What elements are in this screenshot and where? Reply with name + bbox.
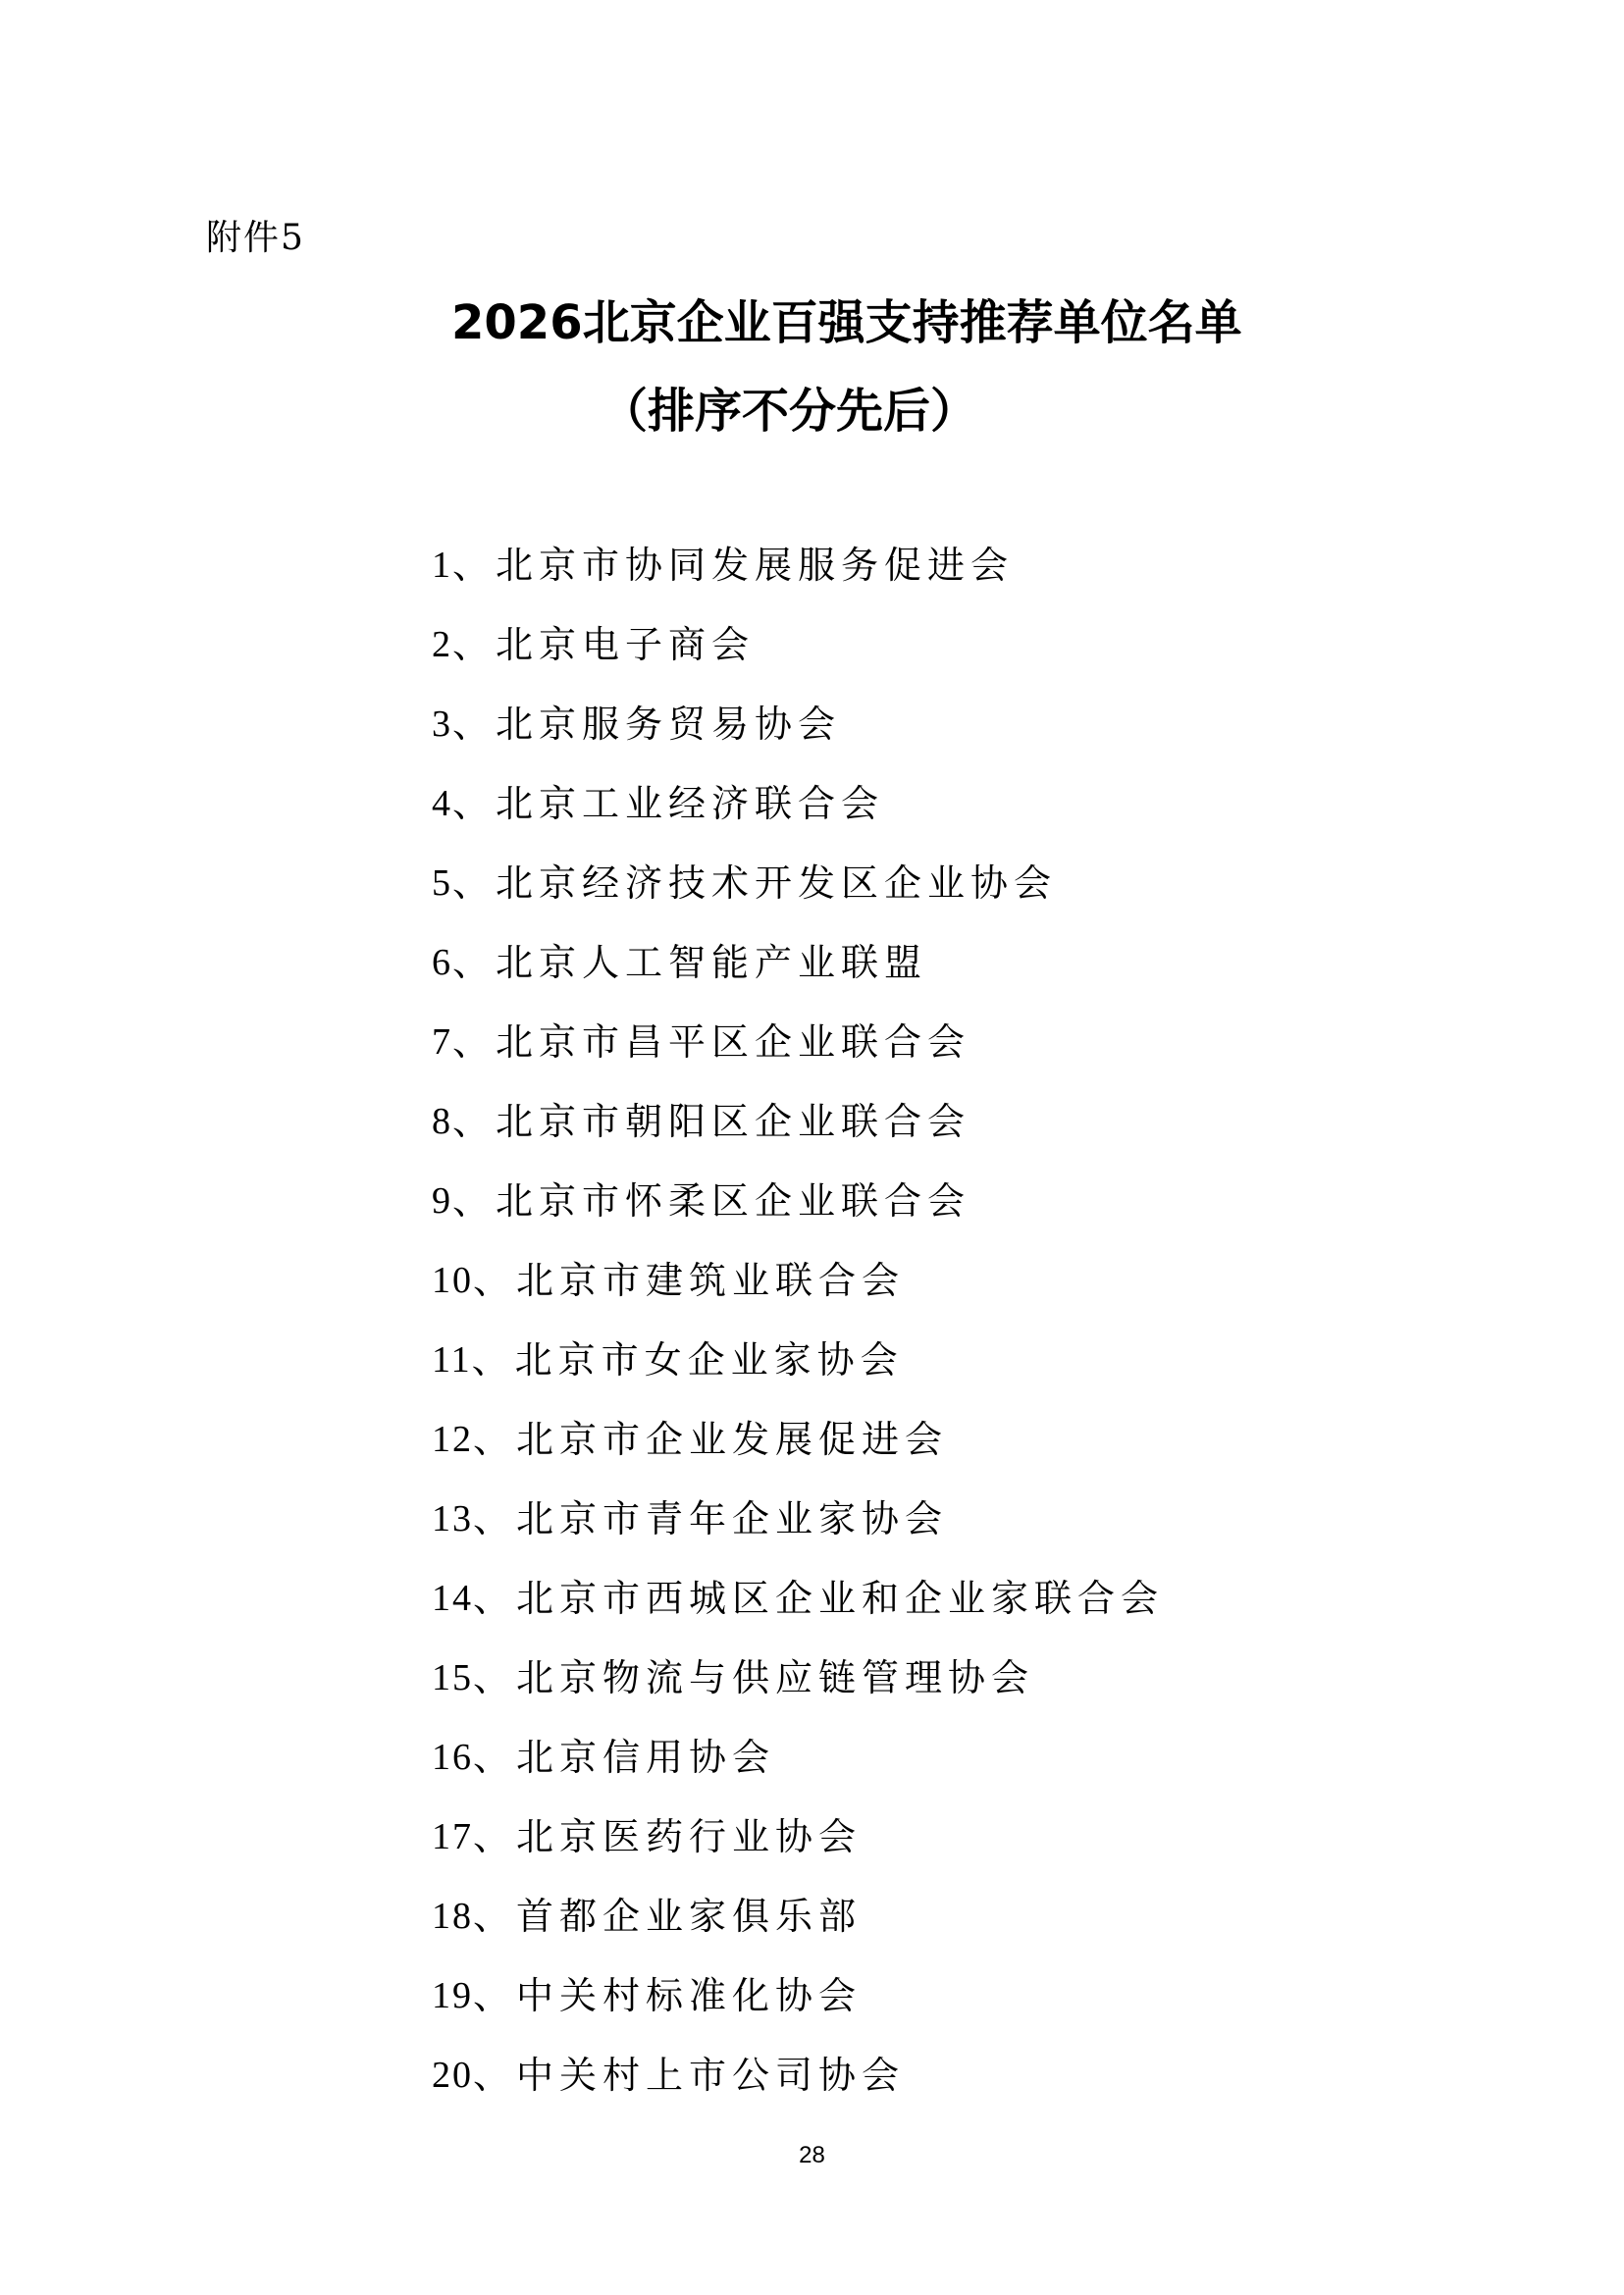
organization-name: 北京市朝阳区企业联合会 xyxy=(496,1103,970,1140)
item-number: 12 xyxy=(432,1421,473,1458)
item-separator: 、 xyxy=(452,547,496,584)
organization-name: 北京市昌平区企业联合会 xyxy=(496,1023,970,1061)
item-number: 9 xyxy=(432,1182,452,1220)
organization-name: 北京服务贸易协会 xyxy=(496,705,841,743)
attachment-label: 附件5 xyxy=(206,221,305,256)
organization-name: 北京市青年企业家协会 xyxy=(516,1500,948,1538)
organization-name: 北京人工智能产业联盟 xyxy=(496,944,927,981)
item-number: 6 xyxy=(432,944,452,981)
item-separator: 、 xyxy=(473,1818,516,1855)
item-number: 10 xyxy=(432,1262,473,1299)
item-separator: 、 xyxy=(473,1659,516,1696)
organization-name: 北京医药行业协会 xyxy=(516,1818,862,1855)
item-number: 2 xyxy=(432,626,452,663)
item-separator: 、 xyxy=(452,1182,496,1220)
organization-name: 首都企业家俱乐部 xyxy=(516,1898,862,1935)
item-separator: 、 xyxy=(452,626,496,663)
item-separator: 、 xyxy=(473,1977,516,2014)
item-number: 3 xyxy=(432,705,452,743)
item-separator: 、 xyxy=(452,705,496,743)
item-number: 14 xyxy=(432,1580,473,1617)
item-separator: 、 xyxy=(452,864,496,902)
organization-name: 北京物流与供应链管理协会 xyxy=(516,1659,1034,1696)
list-item: 18、首都企业家俱乐部 xyxy=(432,1876,1164,1956)
list-item: 8、北京市朝阳区企业联合会 xyxy=(432,1081,1164,1161)
page-number: 28 xyxy=(0,2142,1624,2169)
organization-name: 北京经济技术开发区企业协会 xyxy=(496,864,1057,902)
item-separator: 、 xyxy=(473,1421,516,1458)
list-item: 9、北京市怀柔区企业联合会 xyxy=(432,1161,1164,1240)
item-number: 18 xyxy=(432,1898,473,1935)
item-separator: 、 xyxy=(473,2057,516,2094)
list-item: 19、中关村标准化协会 xyxy=(432,1956,1164,2035)
item-separator: 、 xyxy=(473,1898,516,1935)
organization-name: 北京市女企业家协会 xyxy=(515,1341,904,1379)
list-item: 16、北京信用协会 xyxy=(432,1717,1164,1797)
organization-name: 中关村上市公司协会 xyxy=(516,2057,905,2094)
list-item: 4、北京工业经济联合会 xyxy=(432,763,1164,843)
list-item: 2、北京电子商会 xyxy=(432,604,1164,684)
list-item: 12、北京市企业发展促进会 xyxy=(432,1399,1164,1479)
item-separator: 、 xyxy=(473,1739,516,1776)
list-item: 3、北京服务贸易协会 xyxy=(432,684,1164,763)
item-separator: 、 xyxy=(452,1023,496,1061)
item-separator: 、 xyxy=(452,1103,496,1140)
item-number: 4 xyxy=(432,785,452,822)
item-separator: 、 xyxy=(473,1500,516,1538)
item-number: 7 xyxy=(432,1023,452,1061)
list-item: 20、中关村上市公司协会 xyxy=(432,2035,1164,2114)
organization-name: 北京工业经济联合会 xyxy=(496,785,884,822)
item-separator: 、 xyxy=(452,944,496,981)
item-number: 19 xyxy=(432,1977,473,2014)
item-separator: 、 xyxy=(472,1341,515,1379)
organization-list: 1、北京市协同发展服务促进会 2、北京电子商会 3、北京服务贸易协会 4、北京工… xyxy=(432,525,1164,2114)
item-number: 8 xyxy=(432,1103,452,1140)
item-number: 17 xyxy=(432,1818,473,1855)
item-number: 20 xyxy=(432,2057,473,2094)
list-item: 10、北京市建筑业联合会 xyxy=(432,1240,1164,1320)
organization-name: 北京市建筑业联合会 xyxy=(516,1262,905,1299)
item-number: 15 xyxy=(432,1659,473,1696)
list-item: 11、北京市女企业家协会 xyxy=(432,1320,1164,1399)
item-number: 16 xyxy=(432,1739,473,1776)
list-item: 14、北京市西城区企业和企业家联合会 xyxy=(432,1558,1164,1638)
organization-name: 北京市西城区企业和企业家联合会 xyxy=(516,1580,1164,1617)
list-item: 15、北京物流与供应链管理协会 xyxy=(432,1638,1164,1717)
item-separator: 、 xyxy=(473,1580,516,1617)
list-item: 1、北京市协同发展服务促进会 xyxy=(432,525,1164,604)
item-number: 5 xyxy=(432,864,452,902)
organization-name: 北京信用协会 xyxy=(516,1739,775,1776)
organization-name: 北京市企业发展促进会 xyxy=(516,1421,948,1458)
organization-name: 北京市协同发展服务促进会 xyxy=(496,547,1014,584)
list-item: 17、北京医药行业协会 xyxy=(432,1797,1164,1876)
list-item: 5、北京经济技术开发区企业协会 xyxy=(432,843,1164,922)
item-number: 13 xyxy=(432,1500,473,1538)
document-title: 2026北京企业百强支持推荐单位名单 xyxy=(0,299,1624,346)
item-number: 11 xyxy=(432,1341,472,1379)
list-item: 13、北京市青年企业家协会 xyxy=(432,1479,1164,1558)
organization-name: 北京市怀柔区企业联合会 xyxy=(496,1182,970,1220)
list-item: 7、北京市昌平区企业联合会 xyxy=(432,1002,1164,1081)
document-subtitle: （排序不分先后） xyxy=(601,388,977,435)
item-number: 1 xyxy=(432,547,452,584)
organization-name: 中关村标准化协会 xyxy=(516,1977,862,2014)
list-item: 6、北京人工智能产业联盟 xyxy=(432,922,1164,1002)
item-separator: 、 xyxy=(452,785,496,822)
organization-name: 北京电子商会 xyxy=(496,626,755,663)
item-separator: 、 xyxy=(473,1262,516,1299)
